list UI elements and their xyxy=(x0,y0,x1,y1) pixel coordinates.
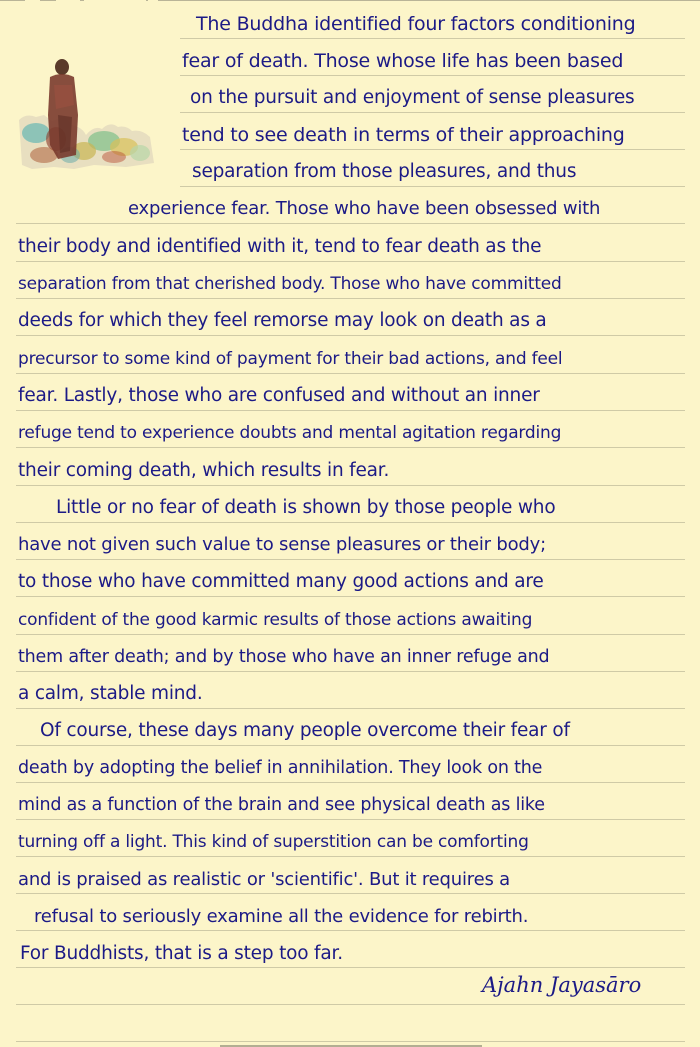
text-line: to those who have committed many good ac… xyxy=(18,570,544,594)
rule-line xyxy=(16,485,685,486)
text-line: them after death; and by those who have … xyxy=(18,645,549,669)
rule-line xyxy=(16,782,685,783)
rule-line xyxy=(16,447,685,448)
text-line: For Buddhists, that is a step too far. xyxy=(20,942,343,966)
rule-line xyxy=(16,893,685,894)
text-line: turning off a light. This kind of supers… xyxy=(18,830,529,854)
rule-line xyxy=(16,671,685,672)
text-line: fear. Lastly, those who are confused and… xyxy=(18,384,540,408)
lined-paper-page: The Buddha identified four factors condi… xyxy=(0,0,700,1047)
rule-line xyxy=(180,149,685,150)
rule-line xyxy=(16,335,685,336)
top-edge-segment xyxy=(40,0,56,1)
rule-line xyxy=(16,1004,685,1005)
text-line: refuge tend to experience doubts and men… xyxy=(18,421,561,445)
text-line: experience fear. Those who have been obs… xyxy=(128,197,600,221)
top-edge-segment xyxy=(0,0,25,1)
text-line: separation from that cherished body. Tho… xyxy=(18,272,562,296)
rule-line xyxy=(16,708,685,709)
author-signature: Ajahn Jayasāro xyxy=(482,973,641,997)
text-line: deeds for which they feel remorse may lo… xyxy=(18,309,547,333)
text-line: The Buddha identified four factors condi… xyxy=(196,12,636,36)
rule-line xyxy=(16,1041,685,1042)
text-line: separation from those pleasures, and thu… xyxy=(192,160,576,184)
rule-line xyxy=(16,596,685,597)
rule-line xyxy=(180,38,685,39)
text-line: Of course, these days many people overco… xyxy=(40,719,570,743)
rule-line xyxy=(16,819,685,820)
text-line: and is praised as realistic or 'scientif… xyxy=(18,868,510,892)
rule-line xyxy=(180,75,685,76)
rule-line xyxy=(16,930,685,931)
rule-line xyxy=(16,856,685,857)
text-line: on the pursuit and enjoyment of sense pl… xyxy=(190,86,634,110)
text-line: a calm, stable mind. xyxy=(18,682,203,706)
top-edge-segment xyxy=(146,0,148,1)
text-line: tend to see death in terms of their appr… xyxy=(182,123,625,147)
top-edge-segment xyxy=(80,0,84,1)
top-edge-segment xyxy=(158,0,700,1)
text-line: fear of death. Those whose life has been… xyxy=(182,49,623,73)
rule-line xyxy=(16,298,685,299)
rule-line xyxy=(180,112,685,113)
text-line: their body and identified with it, tend … xyxy=(18,235,541,259)
text-line: mind as a function of the brain and see … xyxy=(18,793,545,817)
text-line: confident of the good karmic results of … xyxy=(18,608,532,632)
text-line: have not given such value to sense pleas… xyxy=(18,533,546,557)
rule-line xyxy=(16,373,685,374)
rule-line xyxy=(16,634,685,635)
text-line: refusal to seriously examine all the evi… xyxy=(34,905,528,929)
rule-line xyxy=(16,745,685,746)
monk-watercolor-illustration xyxy=(14,55,160,175)
rule-line xyxy=(180,186,685,187)
text-line: Little or no fear of death is shown by t… xyxy=(56,496,555,520)
text-line: death by adopting the belief in annihila… xyxy=(18,756,542,780)
text-line: their coming death, which results in fea… xyxy=(18,459,389,483)
rule-line xyxy=(16,559,685,560)
text-line: precursor to some kind of payment for th… xyxy=(18,347,562,371)
rule-line xyxy=(16,967,685,968)
rule-line xyxy=(16,261,685,262)
rule-line xyxy=(16,410,685,411)
rule-line xyxy=(16,522,685,523)
rule-line xyxy=(16,223,685,224)
